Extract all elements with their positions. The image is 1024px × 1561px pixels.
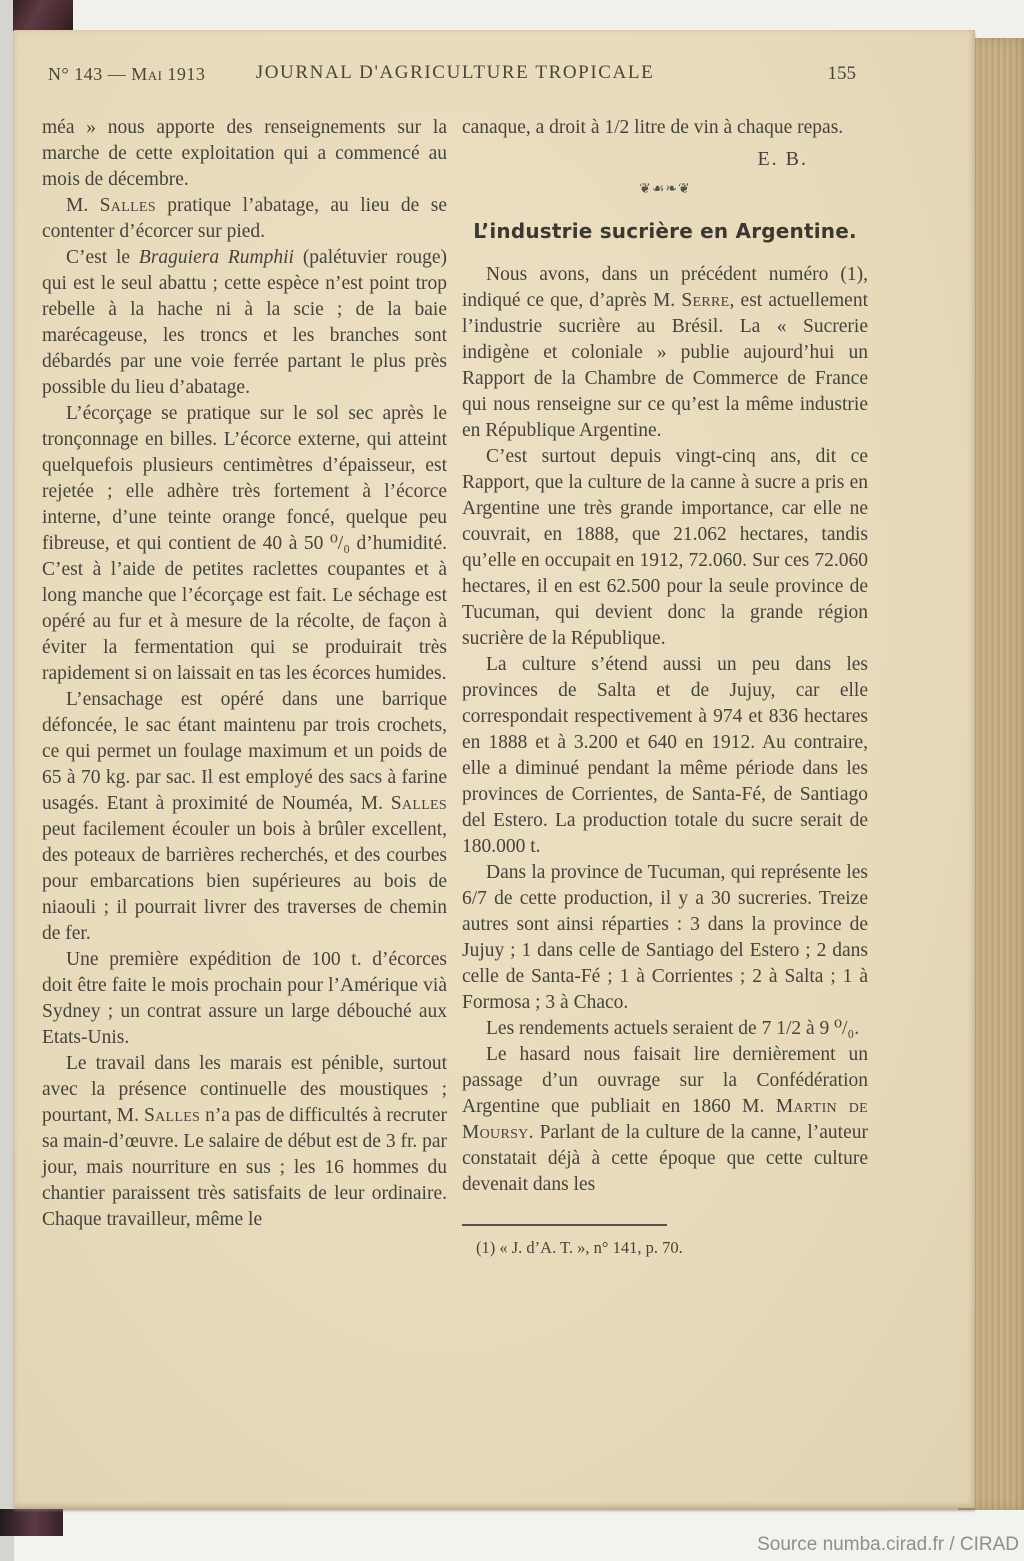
paragraph: Le travail dans les marais est pénible, … <box>42 1051 447 1233</box>
text-segment: peut facilement écouler un bois à brûler… <box>42 819 447 944</box>
text-segment: L’ensachage est opéré dans une barrique … <box>42 689 447 814</box>
text-segment: canaque, a droit à 1/2 litre de vin à ch… <box>462 117 843 138</box>
left-column: méa » nous apporte des renseignements su… <box>42 115 447 1261</box>
page-header: N° 143 — Mai 1913 JOURNAL D'AGRICULTURE … <box>42 62 868 90</box>
text-segment: C’est le <box>66 247 139 268</box>
paragraph: L’ensachage est opéré dans une barrique … <box>42 687 447 947</box>
paragraph: M. Salles pratique l’abatage, au lieu de… <box>42 193 447 245</box>
paragraph: méa » nous apporte des renseignements su… <box>42 115 447 193</box>
text-segment: méa » nous apporte des renseignements su… <box>42 117 447 190</box>
text-segment: C’est surtout depuis vingt-cinq ans, dit… <box>462 446 868 649</box>
paragraph: Les rendements actuels seraient de 7 1/2… <box>462 1016 868 1042</box>
scan-background-left-strip <box>0 0 14 1561</box>
paragraph: Dans la province de Tucuman, qui représe… <box>462 860 868 1016</box>
text-segment: Les rendements actuels seraient de 7 1/2… <box>486 1018 859 1039</box>
page-content: N° 143 — Mai 1913 JOURNAL D'AGRICULTURE … <box>42 62 868 1261</box>
paragraph: canaque, a droit à 1/2 litre de vin à ch… <box>462 115 868 141</box>
text-segment: (palétuvier rouge) qui est le seul abatt… <box>42 247 447 398</box>
paragraph: La culture s’étend aussi un peu dans les… <box>462 652 868 860</box>
paragraph: Une première expédition de 100 t. d’écor… <box>42 947 447 1051</box>
footnote-text: (1) « J. d’A. T. », n° 141, p. 70. <box>462 1235 868 1261</box>
author-signature: E. B. <box>462 146 868 172</box>
text-segment: Salles <box>391 793 447 814</box>
source-attribution-label: Source numba.cirad.fr / CIRAD <box>757 1534 1019 1556</box>
text-columns: méa » nous apporte des renseignements su… <box>42 115 868 1261</box>
journal-title: JOURNAL D'AGRICULTURE TROPICALE <box>256 62 655 84</box>
paragraph: C’est surtout depuis vingt-cinq ans, dit… <box>462 444 868 652</box>
section-divider-ornament: ❦☙❧❦ <box>462 176 868 202</box>
article-title: L’industrie sucrière en Argentine. <box>462 218 868 244</box>
text-segment: La culture s’étend aussi un peu dans les… <box>462 654 868 857</box>
text-segment: Une première expédition de 100 t. d’écor… <box>42 949 447 1048</box>
text-segment: L’écorçage se pratique sur le sol sec ap… <box>42 403 447 684</box>
paragraph: Nous avons, dans un précédent numéro (1)… <box>462 262 868 444</box>
footnote-rule <box>462 1224 667 1226</box>
text-segment: Braguiera Rumphii <box>139 247 294 268</box>
book-binding-corner-bottom <box>0 1509 63 1536</box>
page-number: 155 <box>828 63 857 85</box>
text-segment: Dans la province de Tucuman, qui représe… <box>462 862 868 1013</box>
text-segment: , est actuellement l’industrie sucrière … <box>462 290 868 441</box>
scanned-page-viewer: N° 143 — Mai 1913 JOURNAL D'AGRICULTURE … <box>0 0 1024 1561</box>
book-binding-corner-top <box>13 0 73 31</box>
paragraph: L’écorçage se pratique sur le sol sec ap… <box>42 401 447 687</box>
text-segment: Serre <box>681 290 729 311</box>
article-body: Nous avons, dans un précédent numéro (1)… <box>462 262 868 1198</box>
issue-and-date: N° 143 — Mai 1913 <box>48 64 205 85</box>
paragraph: Le hasard nous faisait lire dernièrement… <box>462 1042 868 1198</box>
footnote-block: (1) « J. d’A. T. », n° 141, p. 70. <box>462 1224 868 1261</box>
text-segment: Salles <box>100 195 156 216</box>
text-segment: M. <box>66 195 100 216</box>
right-column: canaque, a droit à 1/2 litre de vin à ch… <box>462 115 868 1261</box>
journal-page: N° 143 — Mai 1913 JOURNAL D'AGRICULTURE … <box>14 30 975 1508</box>
text-segment: Salles <box>144 1105 200 1126</box>
article-continuation: canaque, a droit à 1/2 litre de vin à ch… <box>462 115 868 141</box>
paragraph: C’est le Braguiera Rumphii (palétuvier r… <box>42 245 447 401</box>
